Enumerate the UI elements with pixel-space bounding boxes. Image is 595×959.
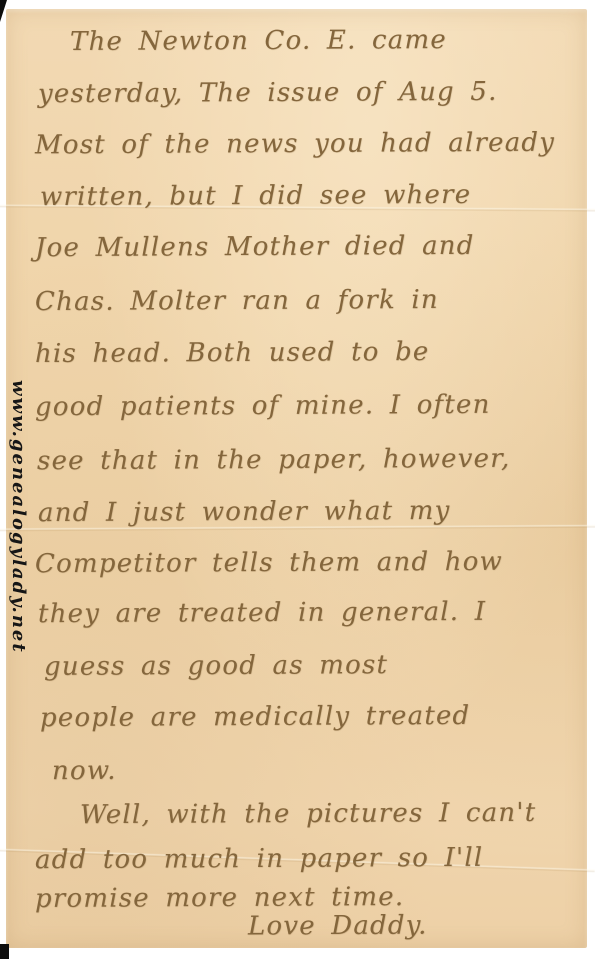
letter-line: Joe Mullens Mother died and (35, 231, 475, 263)
letter-line: Chas. Molter ran a fork in (35, 285, 439, 317)
letter-line: Most of the news you had already (35, 128, 555, 161)
letter-line: people are medically treated (40, 701, 471, 733)
letter-line: good patients of mine. I often (35, 390, 491, 422)
letter-line: Well, with the pictures I can't (80, 798, 536, 830)
letter-line: Love Daddy. (248, 911, 428, 942)
letter-line: add too much in paper so I'll (35, 843, 484, 875)
letter-line: promise more next time. (35, 882, 404, 914)
letter-line: The Newton Co. E. came (70, 25, 447, 57)
letter-body: The Newton Co. E. cameyesterday, The iss… (0, 0, 595, 959)
letter-line: now. (52, 756, 117, 786)
letter-line: they are treated in general. I (38, 597, 486, 629)
letter-line: written, but I did see where (40, 180, 471, 212)
letter-line: yesterday, The issue of Aug 5. (38, 77, 498, 109)
letter-line: Competitor tells them and how (35, 547, 503, 579)
letter-line: guess as good as most (44, 650, 388, 682)
letter-line: see that in the paper, however, (37, 444, 511, 476)
letter-line: and I just wonder what my (38, 496, 451, 528)
letter-scan: www.genealogylady.net The Newton Co. E. … (0, 0, 595, 959)
letter-line: his head. Both used to be (35, 337, 430, 369)
